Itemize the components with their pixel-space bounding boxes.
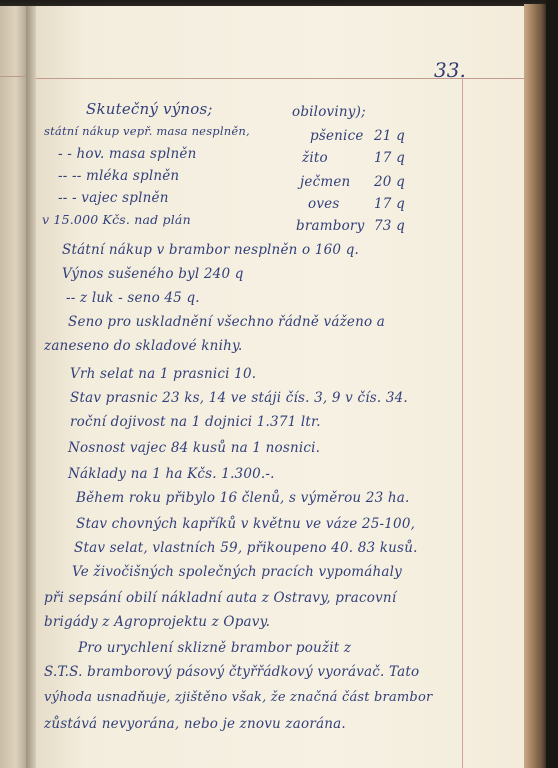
- left-column-line: -- - vajec splněn: [58, 190, 169, 206]
- grain-crop: pšenice: [310, 128, 364, 144]
- body-line: roční dojivost na 1 dojnici 1.371 ltr.: [70, 414, 321, 430]
- body-line: Seno pro uskladnění všechno řádně váženo…: [68, 314, 385, 330]
- left-page-edge: [0, 6, 26, 768]
- grain-yield: 21 q: [374, 128, 405, 144]
- left-column-line: státní nákup vepř. masa nesplněn,: [44, 124, 250, 138]
- left-column-line: - - hov. masa splněn: [58, 146, 197, 162]
- body-line: Stav chovných kapříků v květnu ve váze 2…: [76, 516, 415, 532]
- body-line: Stav selat, vlastních 59, přikoupeno 40.…: [74, 540, 418, 556]
- page-number: 33.: [434, 58, 466, 82]
- body-line: brigády z Agroprojektu z Opavy.: [44, 614, 270, 630]
- body-line: Během roku přibylo 16 členů, s výměrou 2…: [76, 490, 410, 506]
- grain-crop: brambory: [296, 218, 364, 234]
- body-line: Vrh selat na 1 prasnici 10.: [70, 366, 256, 382]
- page-edge-stack: [524, 4, 546, 768]
- grain-yield: 17 q: [374, 150, 405, 166]
- left-page-rule: [0, 76, 26, 77]
- body-line: zaneseno do skladové knihy.: [44, 338, 243, 354]
- body-line: Pro urychlení sklizně brambor použit z: [78, 640, 351, 656]
- grain-crop: ječmen: [300, 174, 350, 190]
- heading-actual-yield: Skutečný výnos;: [86, 100, 213, 118]
- left-column-line: -- -- mléka splněn: [58, 168, 179, 184]
- right-margin-line: [462, 78, 463, 768]
- grain-crop: žito: [302, 150, 328, 166]
- grain-crop: oves: [308, 196, 339, 212]
- body-line: -- z luk - seno 45 q.: [66, 290, 200, 306]
- body-line: Ve živočišných společných pracích vypomá…: [72, 564, 402, 580]
- body-line: S.T.S. bramborový pásový čtyřřádkový vyo…: [44, 664, 419, 680]
- grain-yield: 20 q: [374, 174, 405, 190]
- book-gutter: [26, 6, 36, 768]
- body-line: Stav prasnic 23 ks, 14 ve stáji čís. 3, …: [70, 390, 408, 406]
- body-line: Výnos sušeného byl 240 q: [62, 266, 244, 282]
- body-line: Státní nákup v brambor nesplněn o 160 q.: [62, 242, 359, 258]
- body-line: Nosnost vajec 84 kusů na 1 nosnici.: [68, 440, 320, 456]
- body-line: Náklady na 1 ha Kčs. 1.300.-.: [68, 466, 275, 482]
- grains-header: obiloviny);: [292, 104, 366, 120]
- body-line: výhoda usnadňuje, zjištěno však, že znač…: [44, 690, 432, 705]
- body-line: zůstává nevyorána, nebo je znovu zaorána…: [44, 716, 346, 732]
- grain-yield: 73 q: [374, 218, 405, 234]
- body-line: při sepsání obilí nákladní auta z Ostrav…: [44, 590, 396, 606]
- background-dark-right: [546, 0, 558, 768]
- left-column-line: v 15.000 Kčs. nad plán: [42, 212, 191, 227]
- grain-yield: 17 q: [374, 196, 405, 212]
